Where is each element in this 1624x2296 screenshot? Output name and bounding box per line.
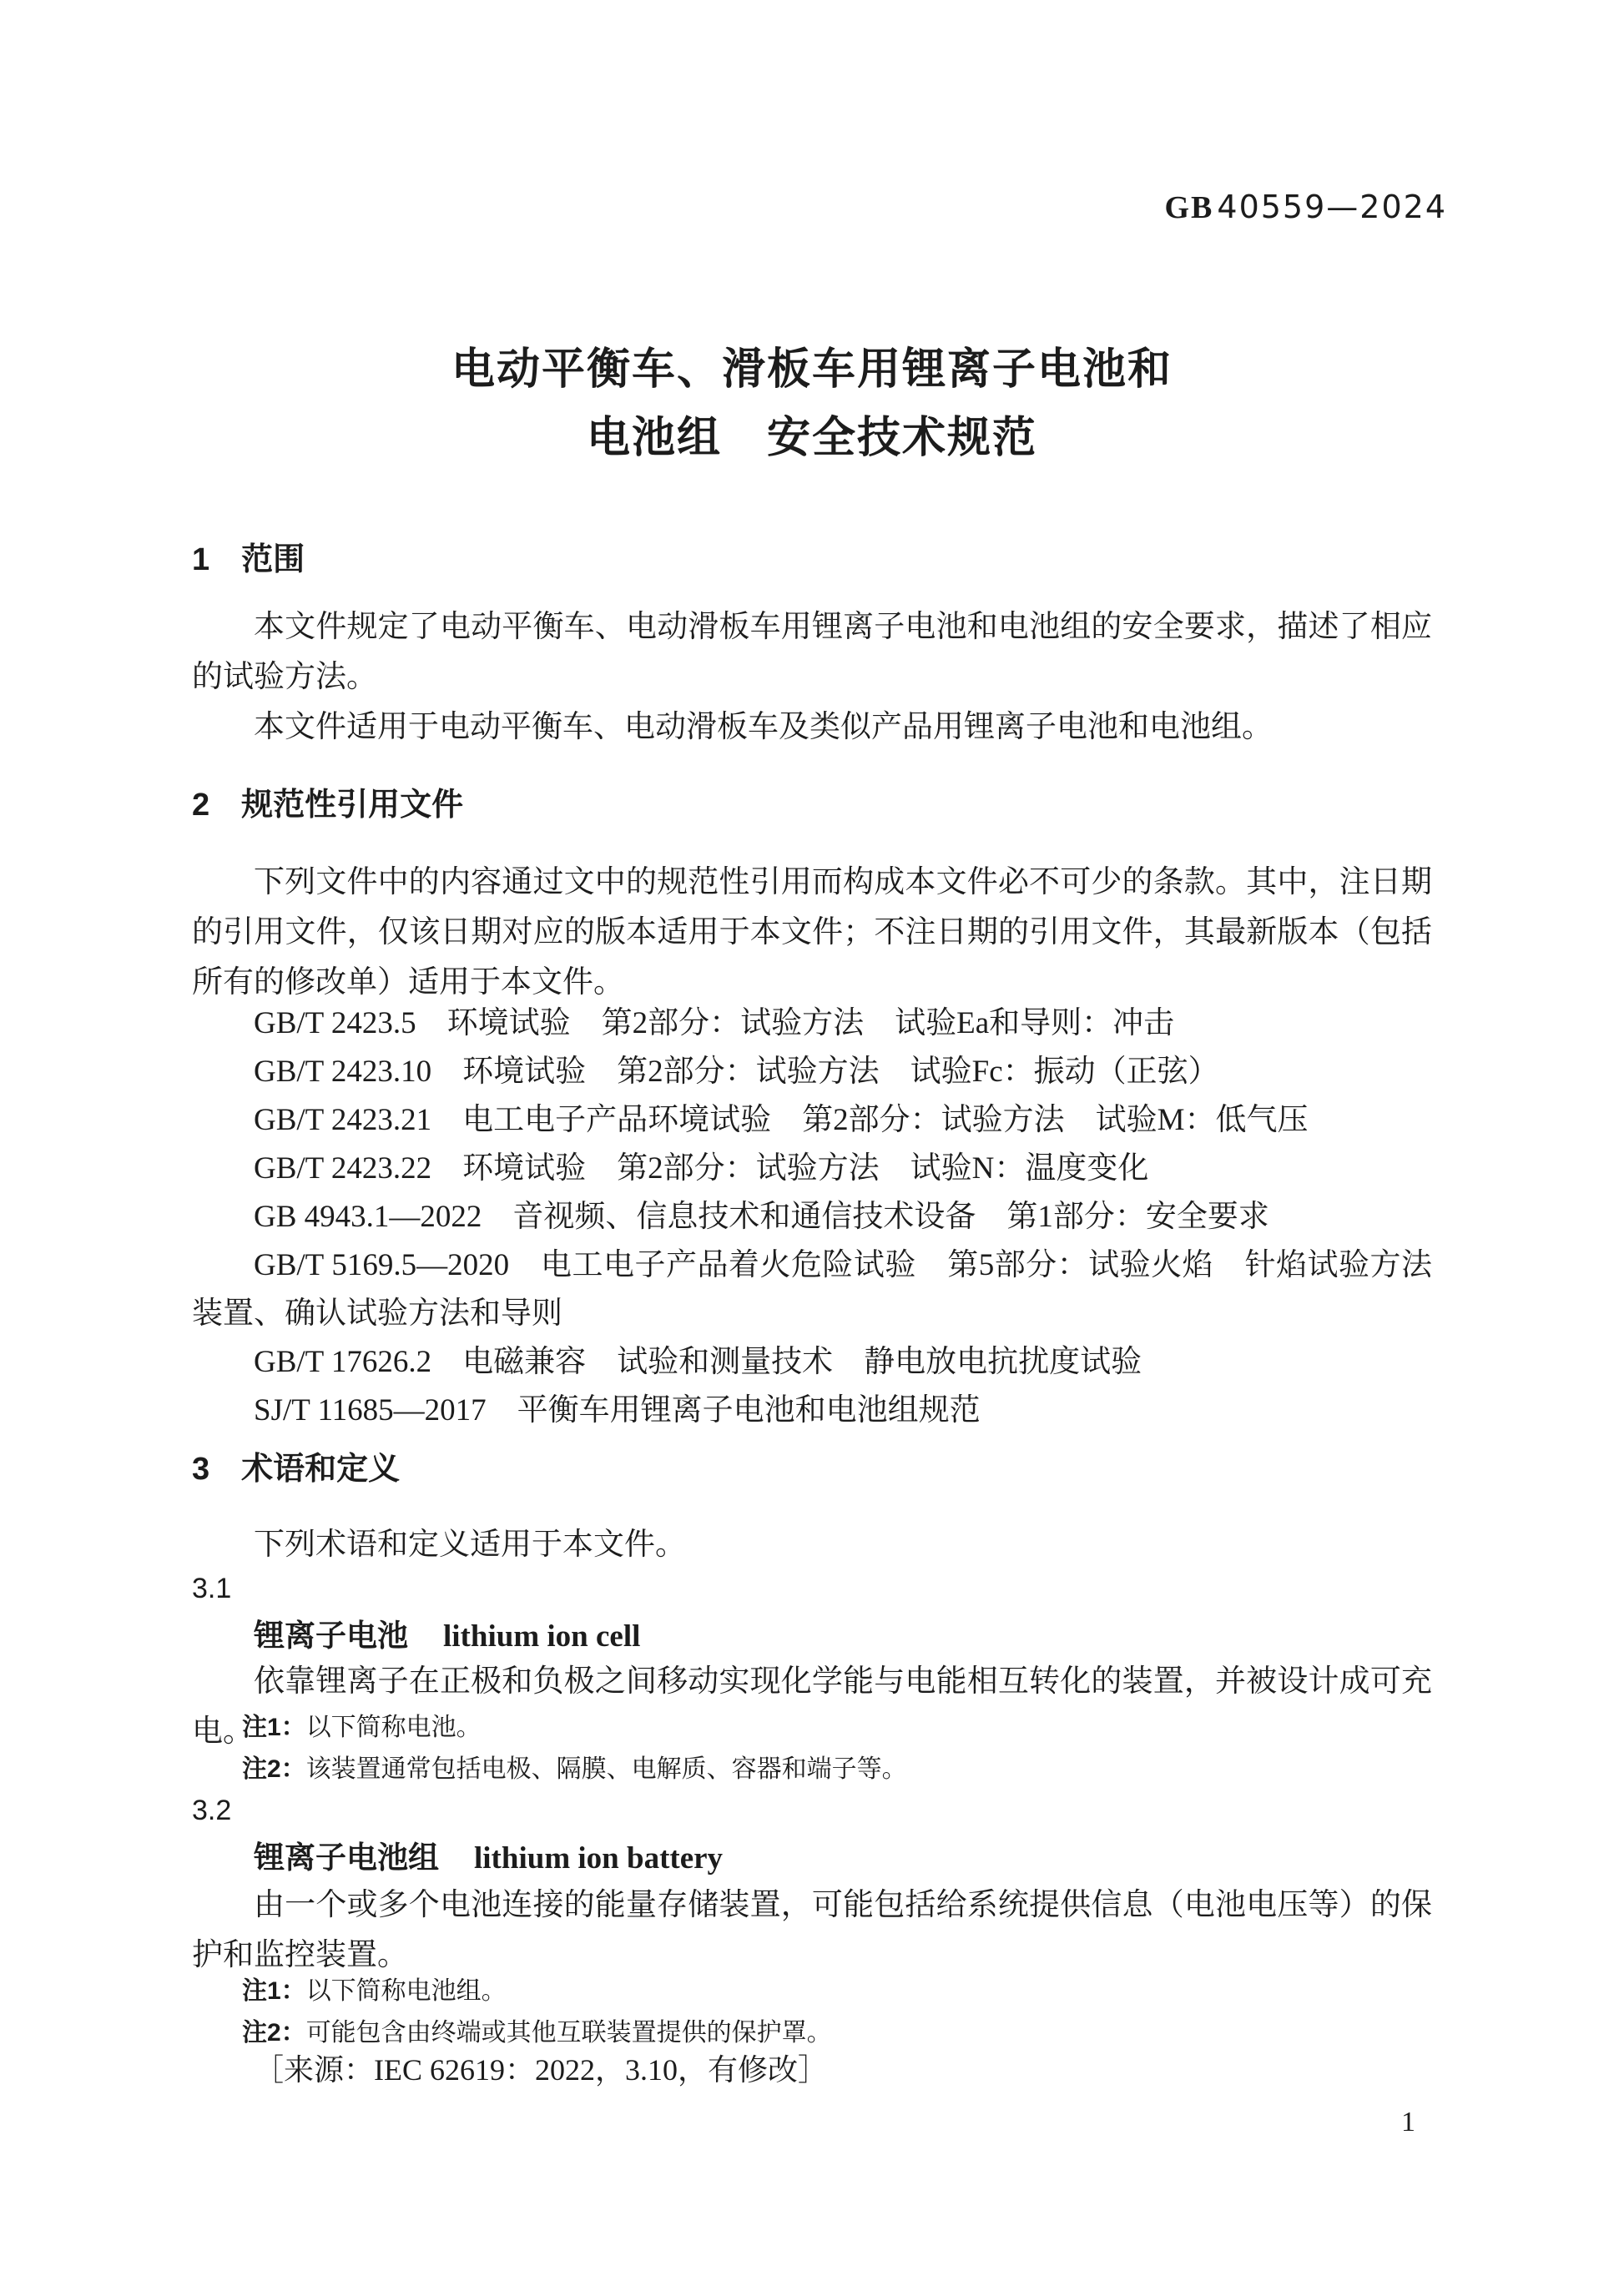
- document-page: GB 40559—2024 电动平衡车、滑板车用锂离子电池和 电池组 安全技术规…: [0, 0, 1624, 2296]
- section-1-heading: 1 范围: [192, 541, 1432, 579]
- term-entry-name: 锂离子电池lithium ion cell: [192, 1617, 1494, 1656]
- document-title-line2: 电池组 安全技术规范: [192, 404, 1432, 472]
- reference-item: GB/T 17626.2 电磁兼容 试验和测量技术 静电放电抗扰度试验: [192, 1338, 1432, 1387]
- term-entry-notes: 注1：以下简称电池组。 注2：可能包含由终端或其他互联装置提供的保护罩。: [192, 1971, 1432, 2054]
- standard-code: GB 40559—2024: [1165, 190, 1448, 231]
- standard-code-number: 40559—2024: [1217, 189, 1447, 225]
- reference-item: GB 4943.1—2022 音视频、信息技术和通信技术设备 第1部分：安全要求: [192, 1193, 1432, 1241]
- term-entry-notes: 注1：以下简称电池。 注2：该装置通常包括电极、隔膜、电解质、容器和端子等。: [192, 1707, 1432, 1790]
- term-name-zh: 锂离子电池组: [254, 1840, 439, 1875]
- note-label: 注1：: [242, 1977, 306, 2005]
- term-entry-name: 锂离子电池组lithium ion battery: [192, 1839, 1494, 1878]
- note-text: 以下简称电池组。: [306, 1977, 507, 2005]
- note-text: 以下简称电池。: [306, 1714, 482, 1741]
- reference-item: GB/T 2423.10 环境试验 第2部分：试验方法 试验Fc：振动（正弦）: [192, 1048, 1432, 1096]
- note-label: 注2：: [242, 1755, 306, 1783]
- term-entry-number: 3.1: [192, 1572, 1432, 1605]
- term-name-en: lithium ion battery: [474, 1841, 723, 1876]
- reference-item: GB/T 2423.21 电工电子产品环境试验 第2部分：试验方法 试验M：低气…: [192, 1096, 1432, 1145]
- section-1-body: 本文件规定了电动平衡车、电动滑板车用锂离子电池和电池组的安全要求，描述了相应的试…: [192, 602, 1432, 753]
- note-text: 可能包含由终端或其他互联装置提供的保护罩。: [306, 2019, 832, 2047]
- term-entry-definition: 由一个或多个电池连接的能量存储装置，可能包括给系统提供信息（电池电压等）的保护和…: [192, 1881, 1432, 1981]
- section-3-heading: 3 术语和定义: [192, 1450, 1432, 1488]
- reference-item: SJ/T 11685—2017 平衡车用锂离子电池和电池组规范: [192, 1387, 1432, 1435]
- terms-intro: 下列术语和定义适用于本文件。: [192, 1520, 1432, 1570]
- document-title: 电动平衡车、滑板车用锂离子电池和 电池组 安全技术规范: [192, 335, 1432, 472]
- scope-paragraph-1: 本文件规定了电动平衡车、电动滑板车用锂离子电池和电池组的安全要求，描述了相应的试…: [192, 602, 1432, 702]
- reference-item: GB/T 2423.5 环境试验 第2部分：试验方法 试验Ea和导则：冲击: [192, 999, 1432, 1048]
- note-label: 注1：: [242, 1714, 306, 1741]
- term-name-zh: 锂离子电池: [254, 1619, 408, 1653]
- reference-item: GB/T 5169.5—2020 电工电子产品着火危险试验 第5部分：试验火焰 …: [192, 1241, 1432, 1338]
- term-definition-text: 由一个或多个电池连接的能量存储装置，可能包括给系统提供信息（电池电压等）的保护和…: [192, 1881, 1432, 1981]
- section-3-intro: 下列术语和定义适用于本文件。: [192, 1520, 1432, 1570]
- section-2-intro: 下列文件中的内容通过文中的规范性引用而构成本文件必不可少的条款。其中，注日期的引…: [192, 858, 1432, 1008]
- term-note: 注1：以下简称电池组。: [192, 1971, 1432, 2012]
- document-title-line1: 电动平衡车、滑板车用锂离子电池和: [192, 335, 1432, 404]
- normative-references-list: GB/T 2423.5 环境试验 第2部分：试验方法 试验Ea和导则：冲击 GB…: [192, 999, 1432, 1435]
- standard-code-prefix: GB: [1165, 190, 1214, 225]
- page-number: 1: [1401, 2106, 1415, 2139]
- section-2-heading: 2 规范性引用文件: [192, 786, 1432, 824]
- note-label: 注2：: [242, 2019, 306, 2047]
- normative-references-intro: 下列文件中的内容通过文中的规范性引用而构成本文件必不可少的条款。其中，注日期的引…: [192, 858, 1432, 1008]
- source-reference: ［来源：IEC 62619：2022，3.10，有修改］: [192, 2051, 1494, 2089]
- scope-paragraph-2: 本文件适用于电动平衡车、电动滑板车及类似产品用锂离子电池和电池组。: [192, 702, 1432, 753]
- note-text: 该装置通常包括电极、隔膜、电解质、容器和端子等。: [306, 1755, 907, 1783]
- term-name-en: lithium ion cell: [443, 1619, 640, 1654]
- term-note: 注1：以下简称电池。: [192, 1707, 1432, 1749]
- term-note: 注2：可能包含由终端或其他互联装置提供的保护罩。: [192, 2012, 1432, 2054]
- term-entry-number: 3.2: [192, 1794, 1432, 1827]
- term-note: 注2：该装置通常包括电极、隔膜、电解质、容器和端子等。: [192, 1749, 1432, 1790]
- reference-item: GB/T 2423.22 环境试验 第2部分：试验方法 试验N：温度变化: [192, 1145, 1432, 1193]
